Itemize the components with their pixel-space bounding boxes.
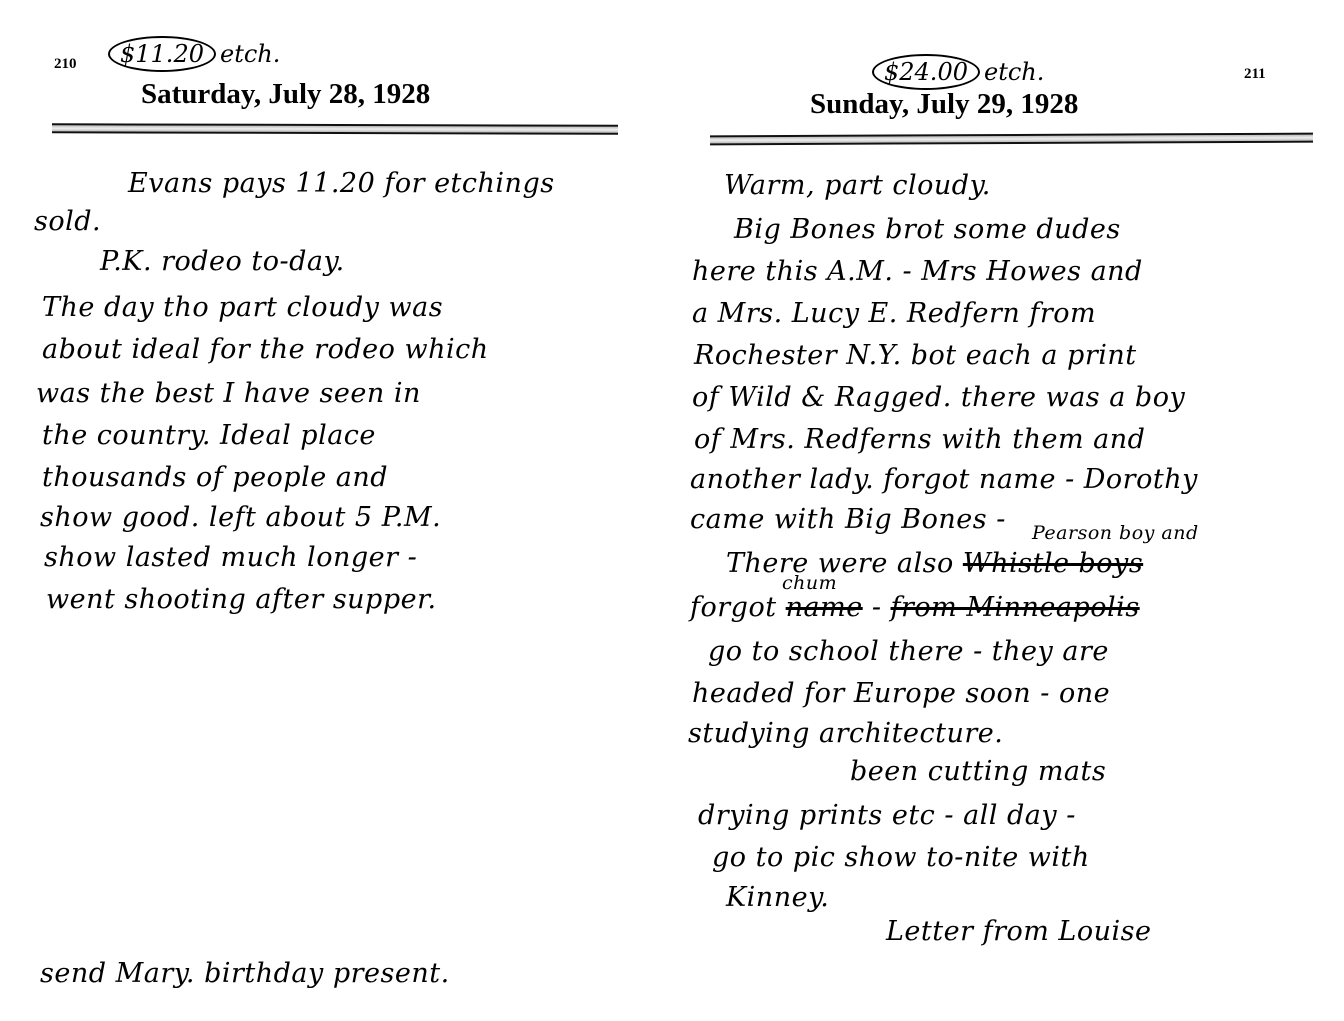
handwritten-line: of Wild & Ragged. there was a boy [692,382,1185,413]
margin-note-label: etch. [984,58,1044,86]
handwritten-line: Rochester N.Y. bot each a print [694,340,1137,371]
handwritten-line-with-edit: forgot name - from Minneapolis [690,592,1140,623]
handwritten-line: show good. left about 5 P.M. [40,502,441,533]
handwritten-line: Evans pays 11.20 for etchings [128,168,555,199]
handwritten-line: came with Big Bones - [690,504,1006,535]
line-text: forgot [690,592,777,623]
circled-amount: $11.20 [108,36,216,72]
margin-note: $24.00etch. [872,54,1044,90]
handwritten-line: Warm, part cloudy. [724,170,991,201]
handwritten-line: studying architecture. [688,718,1003,749]
page-number: 211 [1244,66,1266,83]
handwritten-line: was the best I have seen in [36,378,421,409]
handwritten-line: a Mrs. Lucy E. Redfern from [692,298,1096,329]
diary-page-left: 210 $11.20etch. Saturday, July 28, 1928 … [0,0,670,1021]
margin-note-label: etch. [220,40,280,68]
date-heading: Sunday, July 29, 1928 [810,88,1078,121]
struck-text: from Minneapolis [891,592,1140,623]
handwritten-line: about ideal for the rodeo which [42,334,489,365]
page-number: 210 [54,56,77,73]
handwritten-line: another lady. forgot name - Dorothy [690,464,1198,495]
handwritten-line: of Mrs. Redferns with them and [694,424,1145,455]
handwritten-line: thousands of people and [42,462,388,493]
line-text: There were also [726,548,954,579]
struck-text: name [786,592,863,623]
handwritten-line: drying prints etc - all day - [698,800,1076,831]
handwritten-line: P.K. rodeo to-day. [100,246,345,277]
handwritten-line: The day tho part cloudy was [42,292,443,323]
handwritten-footer-line: send Mary. birthday present. [40,958,450,989]
handwritten-line: show lasted much longer - [44,542,417,573]
diary-page-right: 211 $24.00etch. Sunday, July 29, 1928 Wa… [672,0,1344,1021]
handwritten-line: headed for Europe soon - one [692,678,1110,709]
handwritten-line: Big Bones brot some dudes [734,214,1121,245]
inserted-text: chum [782,572,837,594]
handwritten-closing-line: Letter from Louise [886,916,1151,947]
line-text: - [872,592,882,623]
handwritten-line: been cutting mats [850,756,1106,787]
circled-amount: $24.00 [872,54,980,90]
handwritten-line: Kinney. [726,882,829,913]
handwritten-line: sold. [34,206,101,237]
date-heading: Saturday, July 28, 1928 [141,78,430,111]
handwritten-line: go to school there - they are [708,636,1109,667]
header-rule [52,123,618,134]
handwritten-line: the country. Ideal place [42,420,376,451]
handwritten-line: here this A.M. - Mrs Howes and [692,256,1143,287]
header-rule [710,133,1313,146]
handwritten-line: went shooting after supper. [46,584,437,615]
handwritten-line: go to pic show to-nite with [712,842,1090,873]
struck-text: Whistle boys [963,548,1143,579]
inserted-text: Pearson boy and [1032,522,1199,544]
margin-note: $11.20etch. [108,36,280,72]
